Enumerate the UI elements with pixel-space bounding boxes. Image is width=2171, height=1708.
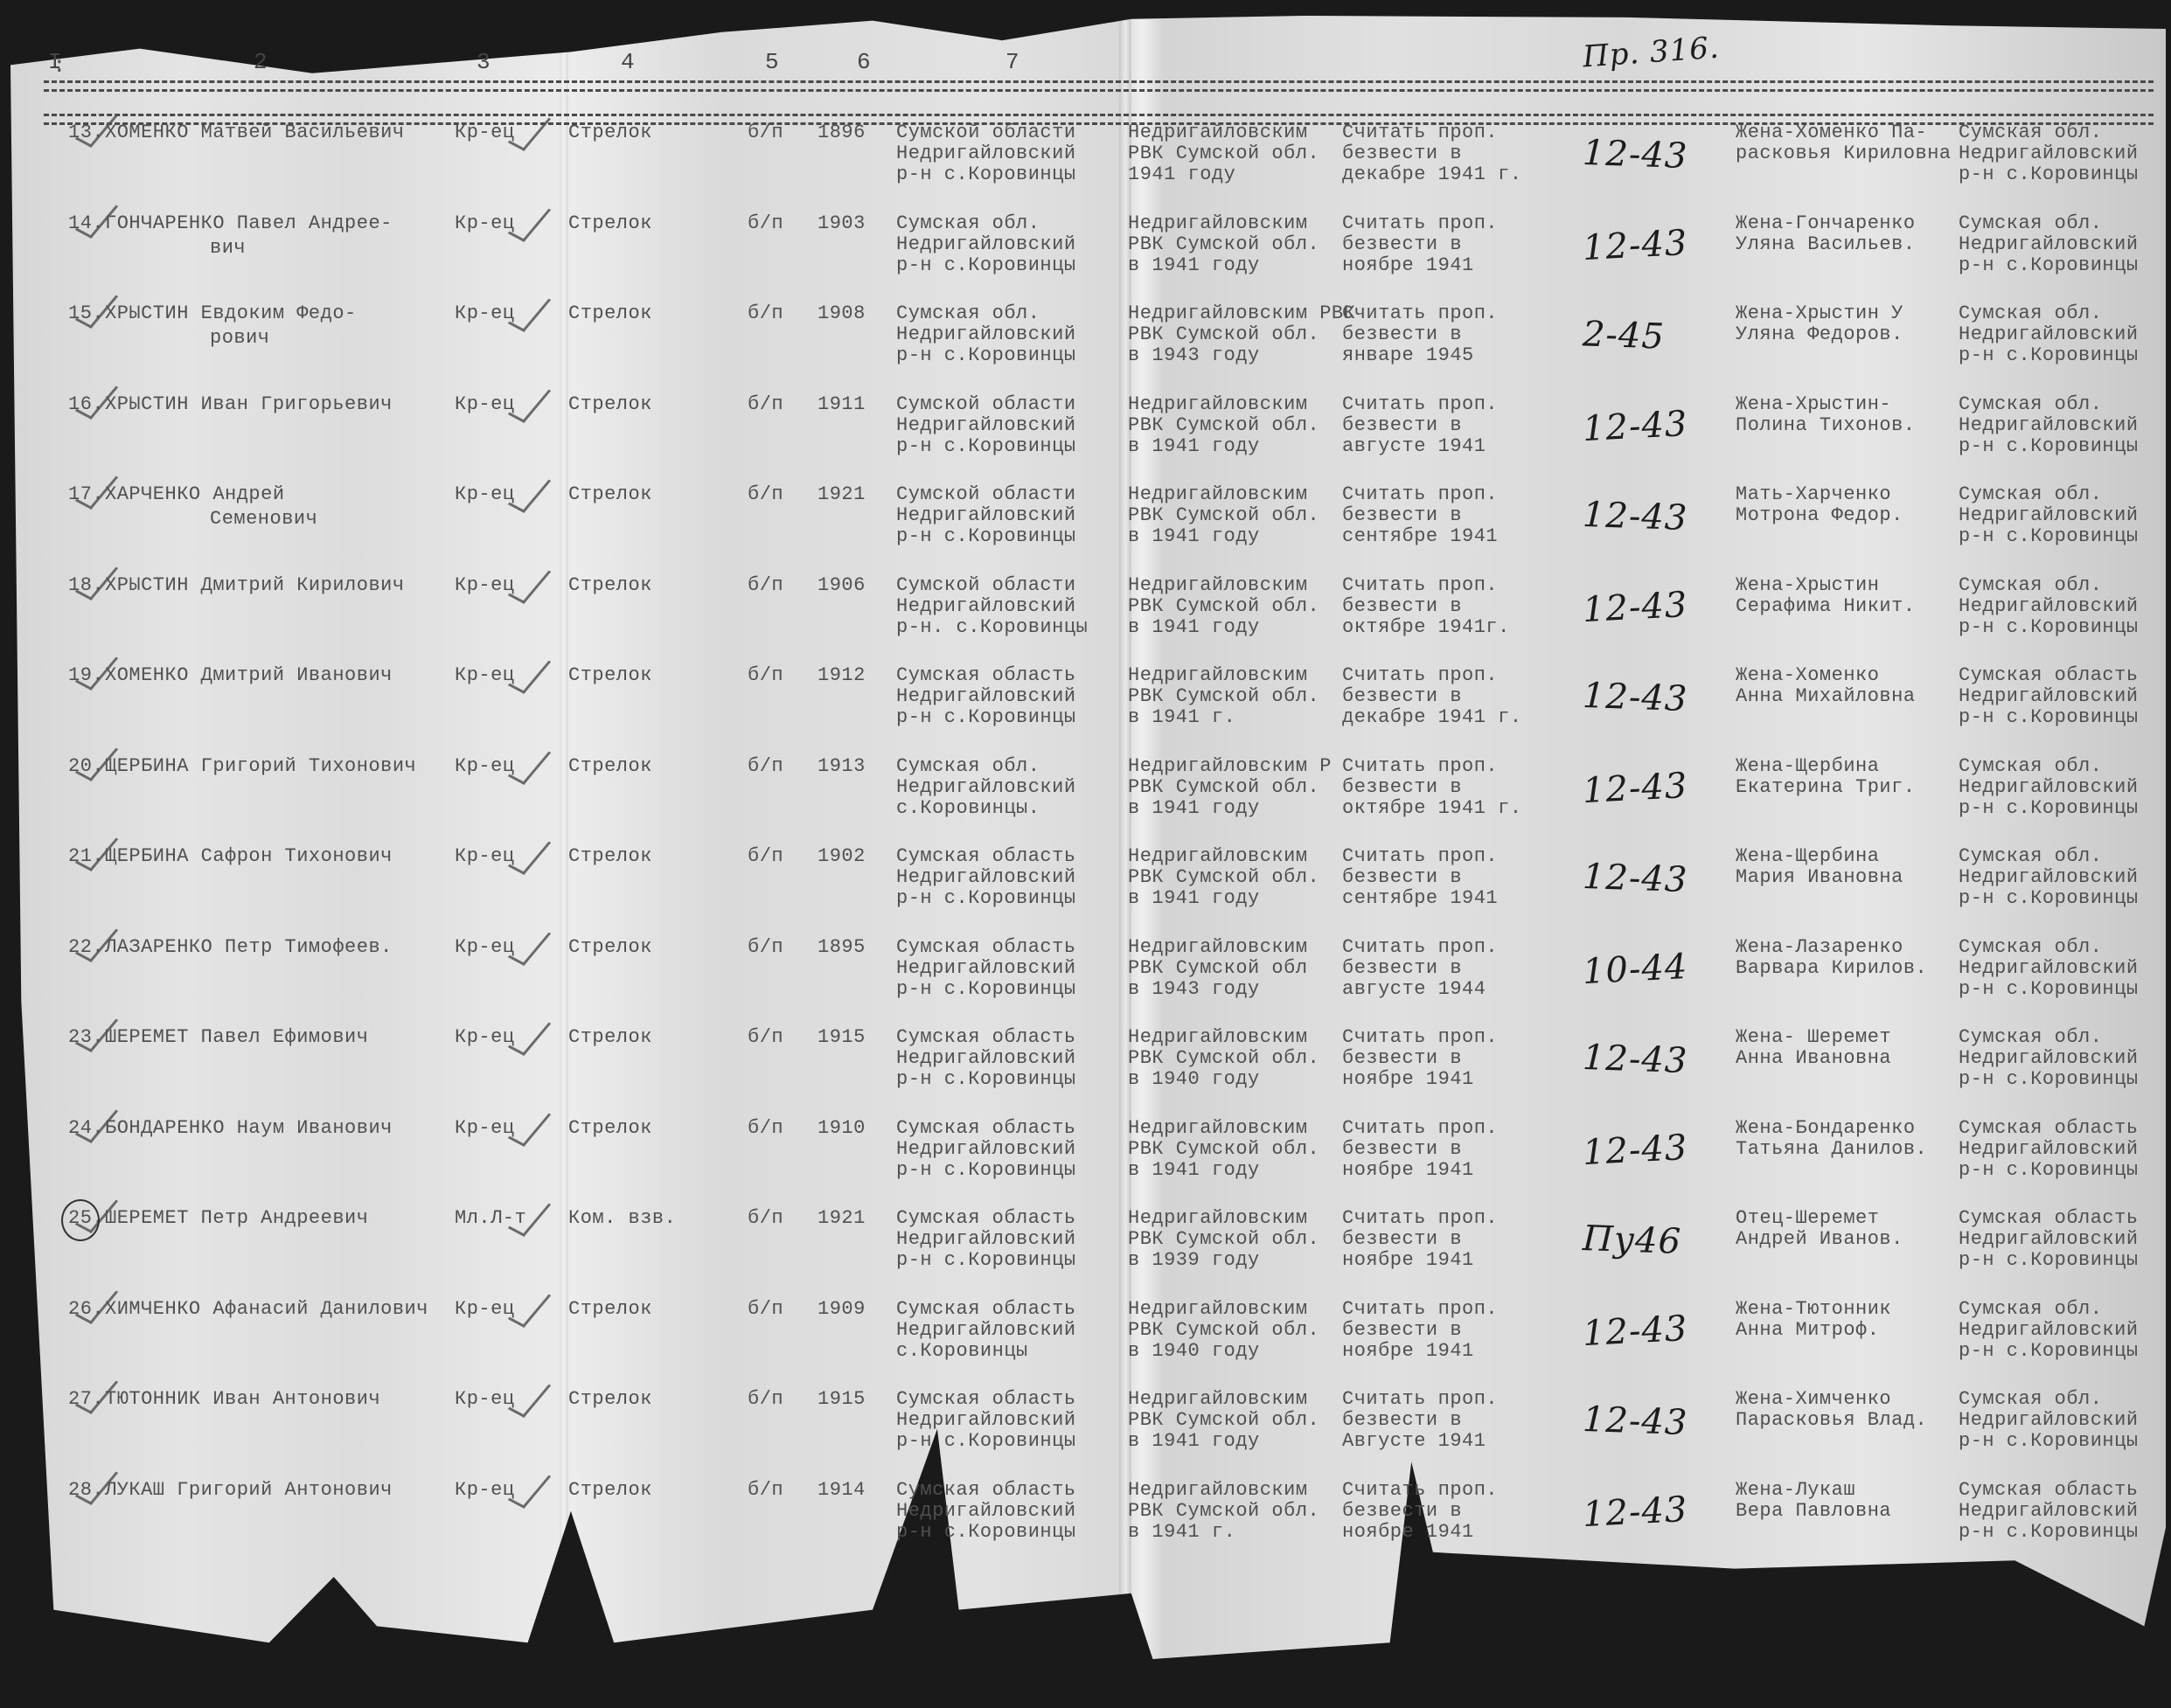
drafted-line: Недригайловским	[1128, 1480, 1308, 1501]
kin-line: Жена-Лукаш	[1736, 1480, 1855, 1501]
kin-addr-line: Сумская область	[1959, 1480, 2139, 1501]
birthplace-line: Сумская обл.	[896, 303, 1040, 324]
status-line: безвести в	[1342, 1048, 1462, 1069]
drafted-line: РВК Сумской обл.	[1128, 1229, 1319, 1250]
drafted-line: РВК Сумской обл.	[1128, 1501, 1319, 1522]
status-line: безвести в	[1342, 1410, 1462, 1431]
status-line: Считать проп.	[1342, 303, 1498, 324]
birthplace-line: Недригайловский	[896, 1229, 1076, 1250]
birth-year: 1910	[818, 1118, 866, 1139]
header-rule-bottom	[44, 114, 2154, 116]
drafted-line: РВК Сумской обл.	[1128, 1320, 1319, 1341]
soldier-name: ЩЕРБИНА Григорий Тихонович	[105, 756, 416, 777]
birthplace-line: Недригайловский	[896, 1139, 1076, 1160]
rank: Кр-ец	[455, 937, 515, 958]
soldier-name: ХОМЕНКО Дмитрий Иванович	[105, 665, 393, 686]
status-line: Считать проп.	[1342, 575, 1498, 596]
kin-addr-line: Недригайловский	[1959, 505, 2139, 526]
handwritten-code: 10-44	[1582, 946, 1689, 991]
kin-addr-line: р-н с.Коровинцы	[1959, 1160, 2139, 1181]
party: б/п	[748, 303, 783, 324]
table-row: 24.БОНДАРЕНКО Наум ИвановичКр-ецСтрелокб…	[0, 1118, 2171, 1205]
role: Стрелок	[568, 1027, 652, 1048]
kin-line: Жена-Щербина	[1736, 756, 1879, 777]
handwritten-code: 12-43	[1582, 222, 1689, 267]
drafted-line: Недригайловским	[1128, 484, 1308, 505]
birth-year: 1921	[818, 1208, 866, 1229]
party: б/п	[748, 122, 783, 143]
status-line: Считать проп.	[1342, 1118, 1498, 1139]
status-line: Считать проп.	[1342, 1389, 1498, 1410]
drafted-line: в 1943 году	[1128, 345, 1260, 366]
drafted-line: в 1941 году	[1128, 255, 1260, 276]
drafted-line: РВК Сумской обл.	[1128, 505, 1319, 526]
kin-line: Мотрона Федор.	[1736, 505, 1903, 526]
status-line: ноябре 1941	[1342, 255, 1474, 276]
handwritten-code: 12-43	[1582, 1308, 1689, 1353]
status-line: декабре 1941 г.	[1342, 707, 1522, 728]
document-content: I 2 3 4 5 6 7 : Пр. 316. 13.ХОМЕНКО Матв…	[0, 0, 2171, 1708]
birthplace-line: Сумской области	[896, 394, 1076, 415]
birthplace-line: с.Коровинцы	[896, 1341, 1028, 1362]
kin-line: Уляна Васильев.	[1736, 234, 1916, 255]
kin-line: Уляна Федоров.	[1736, 324, 1903, 345]
party: б/п	[748, 1480, 783, 1501]
kin-addr-line: Недригайловский	[1959, 1320, 2139, 1341]
kin-line: Варвара Кирилов.	[1736, 958, 1927, 979]
kin-addr-line: Недригайловский	[1959, 686, 2139, 707]
kin-addr-line: Сумская область	[1959, 665, 2139, 686]
status-line: Считать проп.	[1342, 756, 1498, 777]
birthplace-line: Сумская область	[896, 1208, 1076, 1229]
table-row: 27.ТЮТОННИК Иван АнтоновичКр-ецСтрелокб/…	[0, 1389, 2171, 1476]
status-line: Считать проп.	[1342, 937, 1498, 958]
handwritten-code: 12-43	[1582, 403, 1689, 448]
drafted-line: Недригайловским	[1128, 1299, 1308, 1320]
birthplace-line: Сумская область	[896, 937, 1076, 958]
kin-line: Отец-Шеремет	[1736, 1208, 1879, 1229]
column-header: 7	[1005, 49, 1019, 75]
kin-line: Полина Тихонов.	[1736, 415, 1916, 436]
column-header: 3	[477, 49, 491, 75]
page-annotation: Пр. 316.	[1582, 31, 1721, 75]
birthplace-line: Недригайловский	[896, 867, 1076, 888]
status-line: сентябре 1941	[1342, 888, 1498, 909]
kin-line: Жена-Хрыстин	[1736, 575, 1879, 596]
soldier-name: БОНДАРЕНКО Наум Иванович	[105, 1118, 393, 1139]
role: Стрелок	[568, 1480, 652, 1501]
kin-addr-line: Сумская область	[1959, 1208, 2139, 1229]
status-line: Считать проп.	[1342, 394, 1498, 415]
status-line: августе 1941	[1342, 436, 1486, 457]
kin-addr-line: Сумская обл.	[1959, 937, 2102, 958]
status-line: Августе 1941	[1342, 1431, 1486, 1452]
status-line: Считать проп.	[1342, 846, 1498, 867]
status-line: декабре 1941 г.	[1342, 164, 1522, 185]
rank: Кр-ец	[455, 484, 515, 505]
kin-addr-line: Сумская обл.	[1959, 575, 2102, 596]
birth-year: 1903	[818, 213, 866, 234]
kin-addr-line: Недригайловский	[1959, 143, 2139, 164]
rank: Кр-ец	[455, 1480, 515, 1501]
drafted-line: РВК Сумской обл.	[1128, 1048, 1319, 1069]
drafted-line: РВК Сумской обл.	[1128, 867, 1319, 888]
soldier-name: ХРЫСТИН Евдоким Федо-	[105, 303, 357, 324]
drafted-line: в 1941 году	[1128, 798, 1260, 819]
birthplace-line: Недригайловский	[896, 958, 1076, 979]
kin-addr-line: Сумская обл.	[1959, 303, 2102, 324]
kin-line: Серафима Никит.	[1736, 596, 1916, 617]
status-line: безвести в	[1342, 415, 1462, 436]
status-line: безвести в	[1342, 1139, 1462, 1160]
drafted-line: Недригайловским	[1128, 1389, 1308, 1410]
status-line: безвести в	[1342, 324, 1462, 345]
soldier-name-cont: вич	[210, 238, 246, 259]
drafted-line: Недригайловским	[1128, 1208, 1308, 1229]
party: б/п	[748, 484, 783, 505]
party: б/п	[748, 665, 783, 686]
birthplace-line: р-н. с.Коровинцы	[896, 617, 1088, 638]
kin-addr-line: Недригайловский	[1959, 1501, 2139, 1522]
birth-year: 1902	[818, 846, 866, 867]
kin-addr-line: Недригайловский	[1959, 234, 2139, 255]
kin-addr-line: Недригайловский	[1959, 777, 2139, 798]
kin-line: Жена-Химченко	[1736, 1389, 1891, 1410]
kin-line: Анна Митроф.	[1736, 1320, 1879, 1341]
rank: Кр-ец	[455, 575, 515, 596]
birthplace-line: Недригайловский	[896, 234, 1076, 255]
birth-year: 1912	[818, 665, 866, 686]
drafted-line: в 1941 году	[1128, 1431, 1260, 1452]
column-header: 6	[857, 49, 871, 75]
table-row: 26.ХИМЧЕНКО Афанасий ДаниловичКр-ецСтрел…	[0, 1299, 2171, 1386]
birthplace-line: Недригайловский	[896, 324, 1076, 345]
party: б/п	[748, 1027, 783, 1048]
status-line: безвести в	[1342, 867, 1462, 888]
status-line: безвести в	[1342, 958, 1462, 979]
status-line: безвести в	[1342, 1501, 1462, 1522]
role: Стрелок	[568, 1299, 652, 1320]
kin-addr-line: Сумская область	[1959, 1118, 2139, 1139]
table-row: 28.ЛУКАШ Григорий АнтоновичКр-ецСтрелокб…	[0, 1480, 2171, 1567]
soldier-name: ЛАЗАРЕНКО Петр Тимофеев.	[105, 937, 393, 958]
kin-addr-line: Недригайловский	[1959, 1410, 2139, 1431]
status-line: безвести в	[1342, 777, 1462, 798]
kin-addr-line: Сумская обл.	[1959, 394, 2102, 415]
drafted-line: 1941 году	[1128, 164, 1235, 185]
status-line: октябре 1941 г.	[1342, 798, 1522, 819]
status-line: Считать проп.	[1342, 213, 1498, 234]
header-rule-top	[44, 89, 2154, 92]
kin-addr-line: р-н с.Коровинцы	[1959, 1431, 2139, 1452]
drafted-line: РВК Сумской обл.	[1128, 686, 1319, 707]
kin-addr-line: р-н с.Коровинцы	[1959, 164, 2139, 185]
role: Стрелок	[568, 937, 652, 958]
soldier-name: ХАРЧЕНКО Андрей	[105, 484, 285, 505]
column-header: 2	[254, 49, 268, 75]
drafted-line: в 1939 году	[1128, 1250, 1260, 1271]
party: б/п	[748, 937, 783, 958]
status-line: безвести в	[1342, 1229, 1462, 1250]
handwritten-code: 12-43	[1582, 1038, 1688, 1081]
soldier-name-cont: Семенович	[210, 509, 317, 530]
kin-line: Жена-Хоменко	[1736, 665, 1879, 686]
birthplace-line: р-н с.Коровинцы	[896, 707, 1076, 728]
table-row: 19.ХОМЕНКО Дмитрий ИвановичКр-ецСтрелокб…	[0, 665, 2171, 753]
kin-line: Мария Ивановна	[1736, 867, 1903, 888]
drafted-line: Недригайловским	[1128, 1118, 1308, 1139]
status-line: безвести в	[1342, 686, 1462, 707]
status-line: ноябре 1941	[1342, 1069, 1474, 1090]
rank: Кр-ец	[455, 1118, 515, 1139]
handwritten-code: 12-43	[1582, 1489, 1689, 1534]
kin-line: Жена-Щербина	[1736, 846, 1879, 867]
birthplace-line: р-н с.Коровинцы	[896, 1160, 1076, 1181]
kin-addr-line: Недригайловский	[1959, 867, 2139, 888]
table-row: 21.ЩЕРБИНА Сафрон ТихоновичКр-ецСтрелокб…	[0, 846, 2171, 934]
handwritten-code: Пу46	[1582, 1219, 1682, 1262]
birth-year: 1895	[818, 937, 866, 958]
birthplace-line: р-н с.Коровинцы	[896, 1431, 1076, 1452]
kin-addr-line: Сумская обл.	[1959, 213, 2102, 234]
handwritten-code: 12-43	[1582, 495, 1688, 538]
birthplace-line: Сумская область	[896, 1389, 1076, 1410]
role: Стрелок	[568, 846, 652, 867]
table-row: 16.ХРЫСТИН Иван ГригорьевичКр-ецСтрелокб…	[0, 394, 2171, 482]
column-header: 5	[765, 49, 779, 75]
birthplace-line: р-н с.Коровинцы	[896, 1250, 1076, 1271]
kin-line: Жена-Гончаренко	[1736, 213, 1916, 234]
kin-addr-line: р-н с.Коровинцы	[1959, 707, 2139, 728]
role: Стрелок	[568, 484, 652, 505]
kin-line: Вера Павловна	[1736, 1501, 1891, 1522]
status-line: октябре 1941г.	[1342, 617, 1510, 638]
drafted-line: в 1941 году	[1128, 436, 1260, 457]
kin-line: Жена- Шеремет	[1736, 1027, 1891, 1048]
table-row: 25.ШЕРЕМЕТ Петр АндреевичМл.Л-тКом. взв.…	[0, 1208, 2171, 1295]
table-row: 18.ХРЫСТИН Дмитрий КириловичКр-ецСтрелок…	[0, 575, 2171, 663]
kin-addr-line: Недригайловский	[1959, 324, 2139, 345]
kin-addr-line: Недригайловский	[1959, 1048, 2139, 1069]
status-line: безвести в	[1342, 1320, 1462, 1341]
birthplace-line: Сумская область	[896, 1118, 1076, 1139]
party: б/п	[748, 1299, 783, 1320]
soldier-name: ЩЕРБИНА Сафрон Тихонович	[105, 846, 393, 867]
birthplace-line: Сумская область	[896, 846, 1076, 867]
birthplace-line: Недригайловский	[896, 1048, 1076, 1069]
birthplace-line: Недригайловский	[896, 686, 1076, 707]
drafted-line: Недригайловским РВК	[1128, 303, 1355, 324]
birthplace-line: Сумской области	[896, 122, 1076, 143]
status-line: сентябре 1941	[1342, 526, 1498, 547]
kin-addr-line: Сумская обл.	[1959, 1299, 2102, 1320]
party: б/п	[748, 846, 783, 867]
drafted-line: в 1941 году	[1128, 888, 1260, 909]
soldier-name: ХРЫСТИН Иван Григорьевич	[105, 394, 393, 415]
birth-year: 1913	[818, 756, 866, 777]
birthplace-line: Недригайловский	[896, 143, 1076, 164]
kin-line: Анна Михайловна	[1736, 686, 1916, 707]
party: б/п	[748, 575, 783, 596]
drafted-line: в 1941 году	[1128, 617, 1260, 638]
party: б/п	[748, 1118, 783, 1139]
kin-line: Жена-Бондаренко	[1736, 1118, 1916, 1139]
rank: Кр-ец	[455, 213, 515, 234]
birthplace-line: Недригайловский	[896, 1501, 1076, 1522]
birthplace-line: р-н с.Коровинцы	[896, 1069, 1076, 1090]
birthplace-line: Недригайловский	[896, 1320, 1076, 1341]
birth-year: 1921	[818, 484, 866, 505]
drafted-line: в 1941 г.	[1128, 707, 1235, 728]
kin-line: расковья Кириловна	[1736, 143, 1952, 164]
birthplace-line: Сумская обл.	[896, 213, 1040, 234]
party: б/п	[748, 1389, 783, 1410]
birthplace-line: Недригайловский	[896, 596, 1076, 617]
drafted-line: Недригайловским	[1128, 846, 1308, 867]
handwritten-code: 12-43	[1582, 676, 1688, 719]
role: Стрелок	[568, 665, 652, 686]
kin-addr-line: р-н с.Коровинцы	[1959, 1069, 2139, 1090]
drafted-line: РВК Сумской обл.	[1128, 234, 1319, 255]
status-line: Считать проп.	[1342, 1027, 1498, 1048]
drafted-line: в 1940 году	[1128, 1069, 1260, 1090]
drafted-line: Недригайловским	[1128, 937, 1308, 958]
drafted-line: Недригайловским	[1128, 394, 1308, 415]
handwritten-code: 12-43	[1582, 133, 1688, 177]
birthplace-line: р-н с.Коровинцы	[896, 255, 1076, 276]
soldier-name: ХИМЧЕНКО Афанасий Данилович	[105, 1299, 428, 1320]
birthplace-line: Недригайловский	[896, 415, 1076, 436]
drafted-line: Недригайловским Р	[1128, 756, 1332, 777]
role: Стрелок	[568, 122, 652, 143]
status-line: ноябре 1941	[1342, 1250, 1474, 1271]
birthplace-line: Недригайловский	[896, 1410, 1076, 1431]
kin-addr-line: Сумская обл.	[1959, 756, 2102, 777]
birthplace-line: р-н с.Коровинцы	[896, 526, 1076, 547]
birthplace-line: р-н с.Коровинцы	[896, 345, 1076, 366]
birth-year: 1915	[818, 1389, 866, 1410]
role: Ком. взв.	[568, 1208, 676, 1229]
status-line: Считать проп.	[1342, 665, 1498, 686]
birthplace-line: р-н с.Коровинцы	[896, 888, 1076, 909]
table-row: 22.ЛАЗАРЕНКО Петр Тимофеев.Кр-ецСтрелокб…	[0, 937, 2171, 1024]
table-row: 17.ХАРЧЕНКО АндрейСеменовичКр-ецСтрелокб…	[0, 484, 2171, 572]
soldier-name: ХОМЕНКО Матвей Васильевич	[105, 122, 405, 143]
handwritten-code: 12-43	[1582, 1127, 1689, 1172]
rank: Кр-ец	[455, 303, 515, 324]
kin-addr-line: Недригайловский	[1959, 415, 2139, 436]
kin-addr-line: Недригайловский	[1959, 1139, 2139, 1160]
kin-addr-line: Недригайловский	[1959, 958, 2139, 979]
birthplace-line: Сумская обл.	[896, 756, 1040, 777]
drafted-line: РВК Сумской обл	[1128, 958, 1308, 979]
status-line: Считать проп.	[1342, 1208, 1498, 1229]
birth-year: 1906	[818, 575, 866, 596]
kin-line: Жена-Хрыстин-	[1736, 394, 1891, 415]
header-rule-top	[44, 80, 2154, 83]
drafted-line: РВК Сумской обл.	[1128, 324, 1319, 345]
kin-addr-line: Сумская обл.	[1959, 846, 2102, 867]
kin-addr-line: Сумская обл.	[1959, 484, 2102, 505]
rank: Кр-ец	[455, 846, 515, 867]
drafted-line: РВК Сумской обл.	[1128, 415, 1319, 436]
rank: Кр-ец	[455, 394, 515, 415]
soldier-name: ГОНЧАРЕНКО Павел Андрее-	[105, 213, 393, 234]
birthplace-line: с.Коровинцы.	[896, 798, 1040, 819]
status-line: безвести в	[1342, 505, 1462, 526]
kin-addr-line: р-н с.Коровинцы	[1959, 1341, 2139, 1362]
status-line: безвести в	[1342, 234, 1462, 255]
status-line: Считать проп.	[1342, 1480, 1498, 1501]
table-row: 23.ШЕРЕМЕТ Павел ЕфимовичКр-ецСтрелокб/п…	[0, 1027, 2171, 1114]
status-line: ноябре 1941	[1342, 1522, 1474, 1543]
column-header: 4	[621, 49, 635, 75]
status-line: безвести в	[1342, 143, 1462, 164]
kin-line: Жена-Хрыстин У	[1736, 303, 1903, 324]
rank: Кр-ец	[455, 122, 515, 143]
rank: Кр-ец	[455, 1027, 515, 1048]
kin-addr-line: р-н с.Коровинцы	[1959, 436, 2139, 457]
role: Стрелок	[568, 1118, 652, 1139]
circled-number-mark	[61, 1199, 100, 1241]
handwritten-code: 12-43	[1582, 584, 1689, 629]
kin-addr-line: р-н с.Коровинцы	[1959, 979, 2139, 1000]
role: Стрелок	[568, 394, 652, 415]
birthplace-line: Сумской области	[896, 575, 1076, 596]
drafted-line: в 1941 году	[1128, 526, 1260, 547]
kin-line: Мать-Харченко	[1736, 484, 1891, 505]
rank: Кр-ец	[455, 756, 515, 777]
birthplace-line: Недригайловский	[896, 777, 1076, 798]
kin-line: Жена-Тютонник	[1736, 1299, 1891, 1320]
party: б/п	[748, 1208, 783, 1229]
birthplace-line: Сумская область	[896, 1027, 1076, 1048]
kin-addr-line: р-н с.Коровинцы	[1959, 1522, 2139, 1543]
status-line: ноябре 1941	[1342, 1341, 1474, 1362]
table-row: 20.ЩЕРБИНА Григорий ТихоновичКр-ецСтрело…	[0, 756, 2171, 844]
birth-year: 1911	[818, 394, 866, 415]
handwritten-code: 12-43	[1582, 857, 1688, 900]
rank: Кр-ец	[455, 665, 515, 686]
role: Стрелок	[568, 303, 652, 324]
drafted-line: в 1941 году	[1128, 1160, 1260, 1181]
drafted-line: в 1940 году	[1128, 1341, 1260, 1362]
kin-addr-line: р-н с.Коровинцы	[1959, 798, 2139, 819]
drafted-line: РВК Сумской обл.	[1128, 1139, 1319, 1160]
kin-line: Андрей Иванов.	[1736, 1229, 1903, 1250]
soldier-name-cont: рович	[210, 328, 270, 349]
kin-line: Жена-Хоменко Па-	[1736, 122, 1927, 143]
birth-year: 1915	[818, 1027, 866, 1048]
birth-year: 1908	[818, 303, 866, 324]
status-line: Считать проп.	[1342, 484, 1498, 505]
kin-addr-line: Сумская обл.	[1959, 1027, 2102, 1048]
kin-addr-line: р-н с.Коровинцы	[1959, 255, 2139, 276]
status-line: Считать проп.	[1342, 122, 1498, 143]
handwritten-code: 12-43	[1582, 1399, 1688, 1443]
birthplace-line: р-н с.Коровинцы	[896, 164, 1076, 185]
drafted-line: Недригайловским	[1128, 575, 1308, 596]
role: Стрелок	[568, 213, 652, 234]
kin-addr-line: Недригайловский	[1959, 1229, 2139, 1250]
drafted-line: в 1941 г.	[1128, 1522, 1235, 1543]
birthplace-line: Сумская область	[896, 1480, 1076, 1501]
soldier-name: ТЮТОННИК Иван Антонович	[105, 1389, 380, 1410]
role: Стрелок	[568, 756, 652, 777]
rank: Кр-ец	[455, 1389, 515, 1410]
table-row: 15.ХРЫСТИН Евдоким Федо-ровичКр-ецСтрело…	[0, 303, 2171, 391]
drafted-line: РВК Сумской обл.	[1128, 777, 1319, 798]
